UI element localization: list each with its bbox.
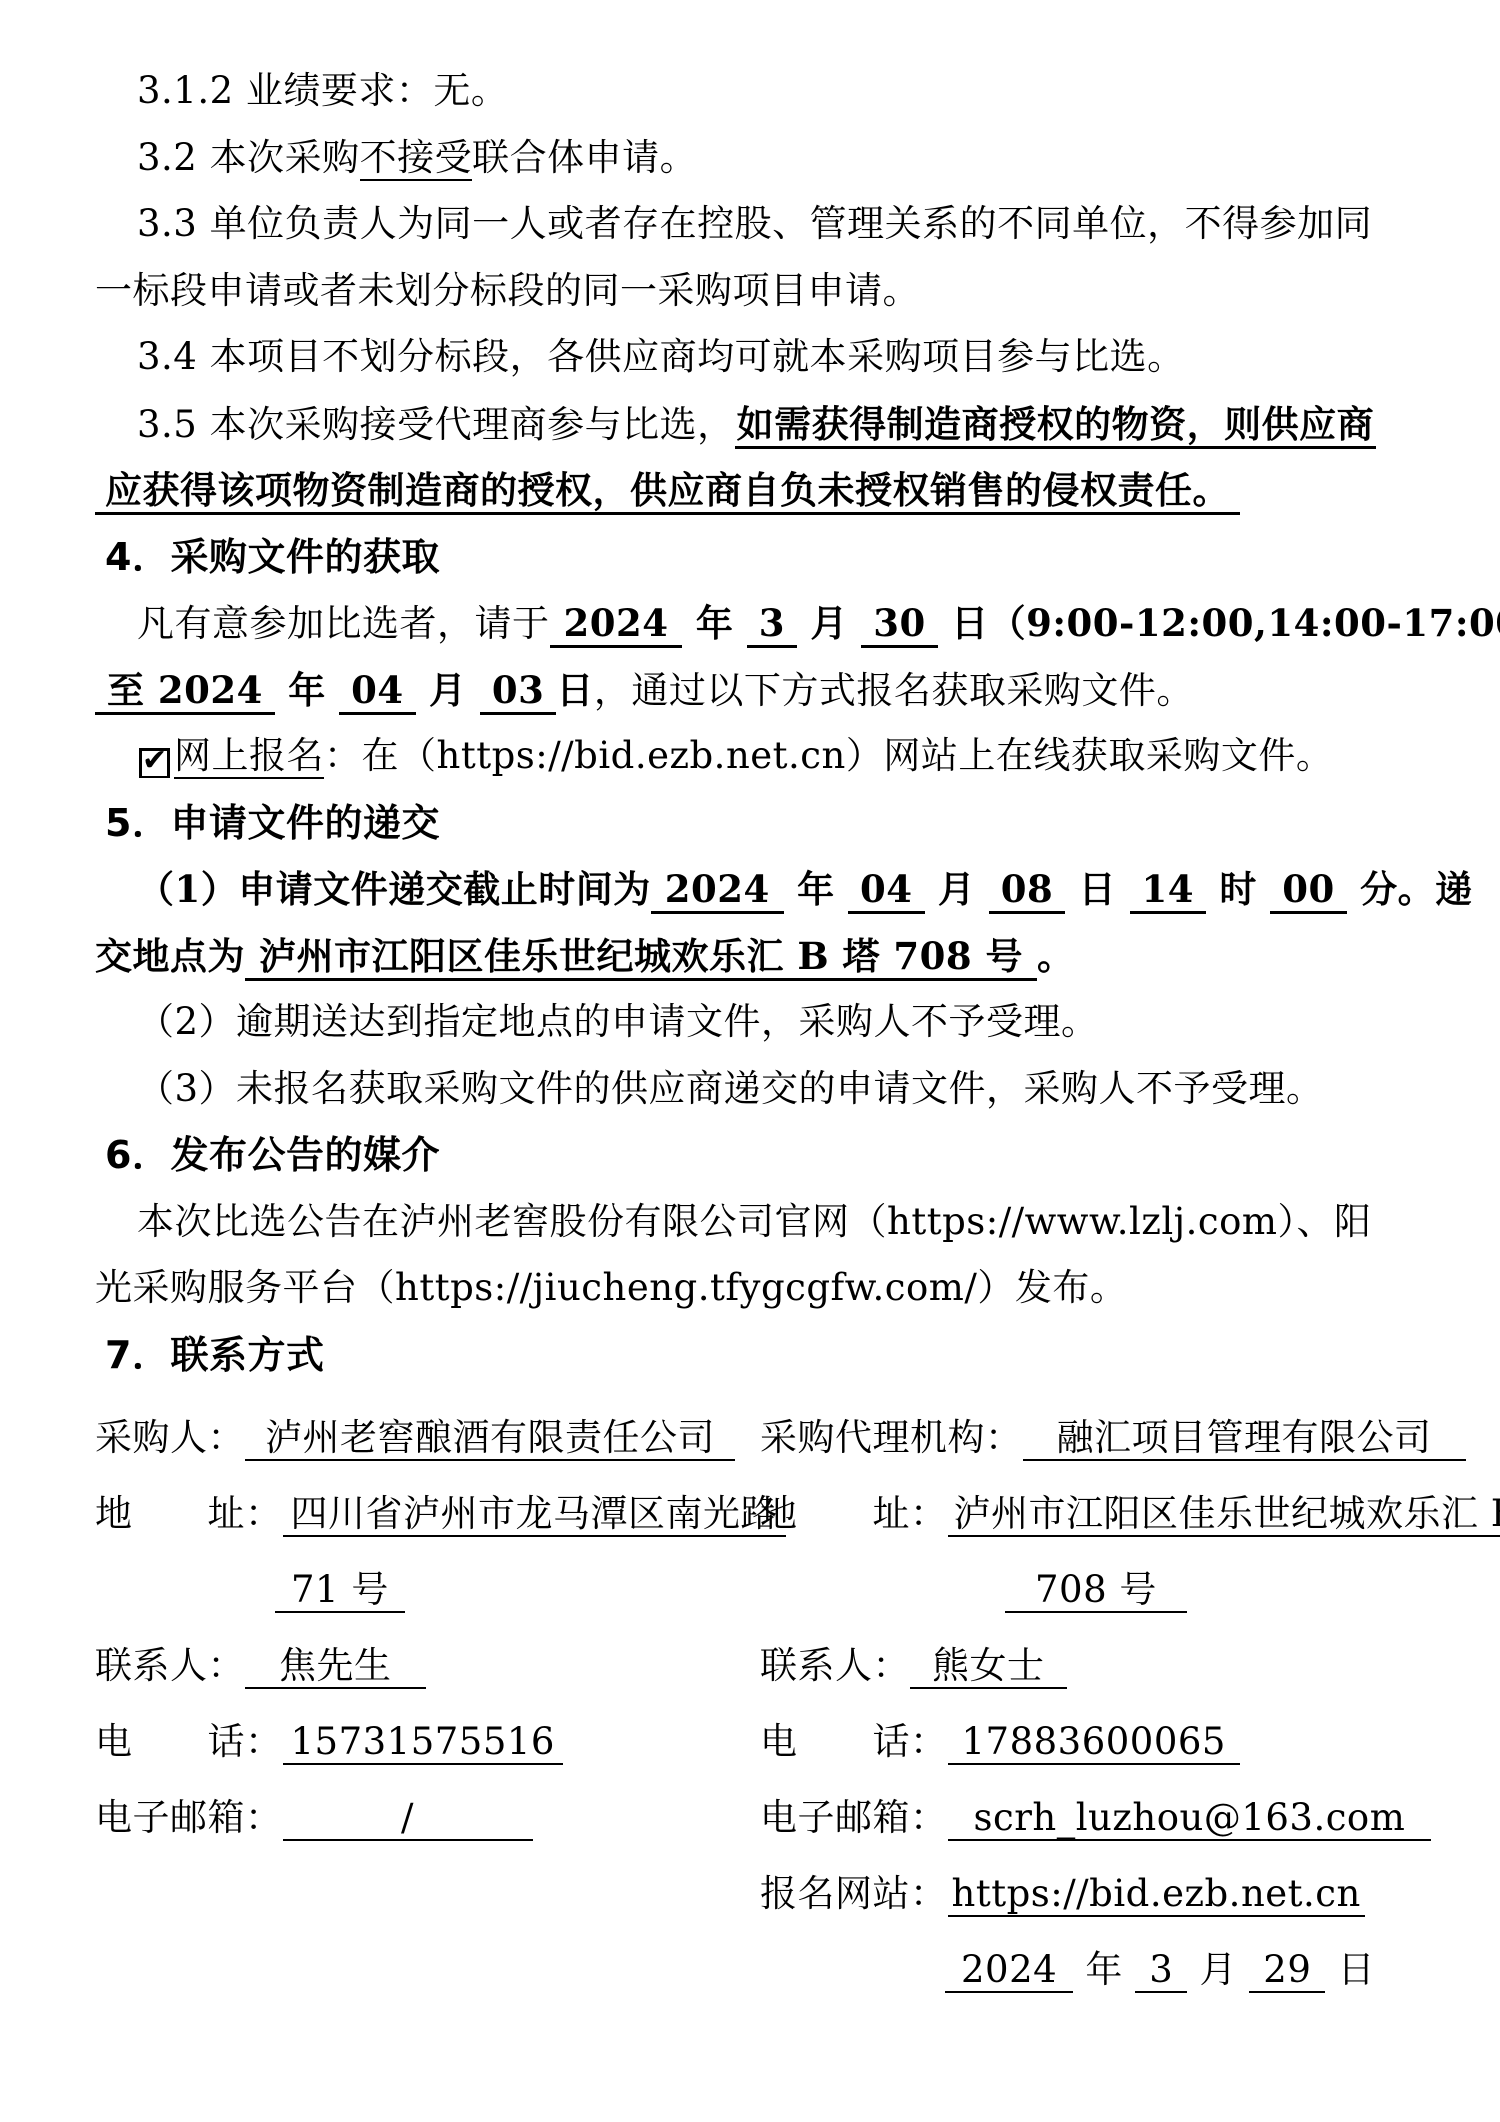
text-run: 4．采购文件的获取: [105, 535, 440, 579]
doc-line: 5．申请文件的递交: [95, 790, 1405, 857]
text-run: 联系人：: [760, 1644, 910, 1687]
text-run: 日: [1325, 1948, 1375, 1991]
contact-cell-left: 地 址：四川省泸州市龙马潭区南光路: [95, 1483, 760, 1537]
doc-line: （1）申请文件递交截止时间为2024 年 04 月 08 日 14 时 00 分…: [95, 856, 1405, 923]
doc-line: 至 2024 年 04 月 03日，通过以下方式报名获取采购文件。: [95, 657, 1405, 724]
doc-line: 3.3 单位负责人为同一人或者存在控股、管理关系的不同单位，不得参加同: [95, 191, 1405, 258]
text-run: 四川省泸州市龙马潭区南光路: [283, 1492, 787, 1537]
text-run: 月: [925, 867, 989, 911]
text-run: 不接受: [360, 136, 473, 181]
text-run: 7．联系方式: [105, 1333, 324, 1377]
text-run: 2024: [945, 1948, 1073, 1993]
doc-line: 凡有意参加比选者，请于2024 年 3 月 30 日（9:00-12:00,14…: [95, 590, 1405, 657]
text-run: 29: [1249, 1948, 1325, 1993]
contact-row: 采购人：泸州老窖酿酒有限责任公司采购代理机构：融汇项目管理有限公司: [95, 1396, 1405, 1472]
text-run: 联合体申请。: [472, 136, 697, 179]
text-run: 熊女士: [910, 1644, 1067, 1689]
text-run: 3.3 单位负责人为同一人或者存在控股、管理关系的不同单位，不得参加同: [137, 202, 1372, 245]
text-run: 月: [416, 668, 480, 712]
text-run: 708 号: [1005, 1568, 1187, 1613]
doc-line: 7．联系方式: [95, 1322, 1405, 1389]
text-run: ，通过以下方式报名获取采购文件。: [594, 669, 1194, 712]
text-run: 6．发布公告的媒介: [105, 1133, 440, 1177]
text-run: 3.2 本次采购: [137, 136, 360, 179]
text-run: 电 话：: [95, 1720, 283, 1763]
text-run: 04: [848, 867, 925, 914]
text-run: 联系人：: [95, 1644, 245, 1687]
text-run: 电子邮箱：: [760, 1796, 948, 1839]
text-run: 采购代理机构：: [760, 1416, 1023, 1459]
text-run: 泸州市江阳区佳乐世纪城欢乐汇 B 塔: [948, 1492, 1500, 1537]
contact-cell-left: 联系人：焦先生: [95, 1635, 760, 1689]
text-run: 凡有意参加比选者，请于: [137, 602, 550, 645]
doc-line: 3.2 本次采购不接受联合体申请。: [95, 125, 1405, 192]
text-run: 电 话：: [760, 1720, 948, 1763]
text-run: （2）逾期送达到指定地点的申请文件，采购人不予受理。: [137, 1000, 1099, 1043]
text-run: 14: [1130, 867, 1207, 914]
document-body: 3.1.2 业绩要求：无。3.2 本次采购不接受联合体申请。3.3 单位负责人为…: [95, 58, 1405, 1388]
contact-cell-right: 708 号: [760, 1559, 1405, 1613]
checkbox-checked-icon: ✔: [139, 748, 170, 778]
contact-cell-right: 地 址：泸州市江阳区佳乐世纪城欢乐汇 B 塔: [760, 1483, 1500, 1537]
doc-line: 交地点为泸州市江阳区佳乐世纪城欢乐汇 B 塔 708 号。: [95, 923, 1405, 990]
text-run: 网上报名: [174, 734, 324, 779]
text-run: 08: [989, 867, 1066, 914]
text-run: 融汇项目管理有限公司: [1023, 1416, 1466, 1461]
text-run: 日: [1065, 867, 1129, 911]
text-run: 日: [556, 668, 594, 712]
text-run: 3: [747, 601, 797, 648]
text-run: 电子邮箱：: [95, 1796, 283, 1839]
text-run: 地 址：: [95, 1492, 283, 1535]
contact-row: 报名网站：https://bid.ezb.net.cn: [95, 1852, 1405, 1928]
text-run: 一标段申请或者未划分标段的同一采购项目申请。: [95, 269, 920, 312]
text-run: 光采购服务平台（https://jiucheng.tfygcgfw.com/）发…: [95, 1266, 1127, 1309]
doc-line: （2）逾期送达到指定地点的申请文件，采购人不予受理。: [95, 989, 1405, 1056]
doc-line: ✔网上报名：在（https://bid.ezb.net.cn）网站上在线获取采购…: [95, 723, 1405, 790]
text-run: 月: [1187, 1948, 1249, 1991]
contact-cell-right: 采购代理机构：融汇项目管理有限公司: [760, 1407, 1466, 1461]
text-run: 焦先生: [245, 1644, 426, 1689]
text-run: 3: [1135, 1948, 1187, 1993]
text-run: 如需获得制造商授权的物资，则供应商: [735, 402, 1377, 449]
contact-row: 电 话：15731575516电 话：17883600065: [95, 1700, 1405, 1776]
doc-line: 本次比选公告在泸州老窖股份有限公司官网（https://www.lzlj.com…: [95, 1189, 1405, 1256]
text-run: 5．申请文件的递交: [105, 801, 440, 845]
contact-cell-right: 电子邮箱：scrh_luzhou@163.com: [760, 1787, 1431, 1841]
doc-line: 3.4 本项目不划分标段，各供应商均可就本采购项目参与比选。: [95, 324, 1405, 391]
text-run: 3.5 本次采购接受代理商参与比选，: [137, 403, 735, 446]
text-run: 17883600065: [948, 1720, 1240, 1765]
contact-row: 71 号708 号: [95, 1548, 1405, 1624]
text-run: 日（9:00-12:00,14:00-17:00）: [938, 601, 1500, 645]
text-run: 30: [861, 601, 938, 648]
doc-line: 3.5 本次采购接受代理商参与比选，如需获得制造商授权的物资，则供应商: [95, 391, 1405, 458]
text-run: 年: [1073, 1948, 1135, 1991]
doc-line: （3）未报名获取采购文件的供应商递交的申请文件，采购人不予受理。: [95, 1056, 1405, 1123]
contact-cell-right: 联系人：熊女士: [760, 1635, 1405, 1689]
contact-row: 电子邮箱：/电子邮箱：scrh_luzhou@163.com: [95, 1776, 1405, 1852]
text-run: 。: [1037, 934, 1075, 978]
contact-row: 2024 年 3 月 29 日: [95, 1928, 1405, 2004]
contact-cell-left: 电子邮箱：/: [95, 1787, 760, 1841]
text-run: 3.4 本项目不划分标段，各供应商均可就本采购项目参与比选。: [137, 335, 1185, 378]
text-run: （1）申请文件递交截止时间为: [137, 867, 651, 911]
text-run: scrh_luzhou@163.com: [948, 1796, 1432, 1841]
text-run: https://bid.ezb.net.cn: [948, 1872, 1365, 1917]
text-run: ：在（https://bid.ezb.net.cn）网站上在线获取采购文件。: [324, 734, 1333, 777]
contact-row: 地 址：四川省泸州市龙马潭区南光路地 址：泸州市江阳区佳乐世纪城欢乐汇 B 塔: [95, 1472, 1405, 1548]
doc-line: 一标段申请或者未划分标段的同一采购项目申请。: [95, 258, 1405, 325]
text-run: 月: [797, 601, 861, 645]
text-run: 至 2024: [95, 668, 275, 715]
contact-cell-left: 71 号: [95, 1559, 760, 1613]
text-run: 报名网站：: [760, 1872, 948, 1915]
text-run: 3.1.2 业绩要求：无。: [137, 69, 508, 112]
text-run: 泸州市江阳区佳乐世纪城欢乐汇 B 塔 708 号: [245, 934, 1037, 981]
doc-line: 6．发布公告的媒介: [95, 1122, 1405, 1189]
contact-cell-right: 电 话：17883600065: [760, 1711, 1405, 1765]
document-page: 3.1.2 业绩要求：无。3.2 本次采购不接受联合体申请。3.3 单位负责人为…: [0, 0, 1500, 2122]
text-run: （3）未报名获取采购文件的供应商递交的申请文件，采购人不予受理。: [137, 1067, 1324, 1110]
text-run: 分。递: [1347, 867, 1473, 911]
text-run: 交地点为: [95, 934, 245, 978]
contact-block: 采购人：泸州老窖酿酒有限责任公司采购代理机构：融汇项目管理有限公司地 址：四川省…: [95, 1396, 1405, 2004]
text-run: 泸州老窖酿酒有限责任公司: [245, 1416, 735, 1461]
text-run: 04: [339, 668, 416, 715]
contact-cell-right: 报名网站：https://bid.ezb.net.cn: [760, 1863, 1405, 1917]
text-run: 15731575516: [283, 1720, 563, 1765]
text-run: 应获得该项物资制造商的授权，供应商自负未授权销售的侵权责任。: [95, 468, 1240, 515]
contact-row: 联系人：焦先生联系人：熊女士: [95, 1624, 1405, 1700]
text-run: 地 址：: [760, 1492, 948, 1535]
text-run: 时: [1206, 867, 1270, 911]
contact-cell-right: 2024 年 3 月 29 日: [760, 1939, 1405, 1993]
contact-cell-left: 电 话：15731575516: [95, 1711, 760, 1765]
text-run: 71 号: [275, 1568, 405, 1613]
text-run: 采购人：: [95, 1416, 245, 1459]
doc-line: 光采购服务平台（https://jiucheng.tfygcgfw.com/）发…: [95, 1255, 1405, 1322]
doc-line: 4．采购文件的获取: [95, 524, 1405, 591]
contact-cell-left: 采购人：泸州老窖酿酒有限责任公司: [95, 1407, 760, 1461]
text-run: 年: [682, 601, 746, 645]
text-run: 年: [784, 867, 848, 911]
text-run: 本次比选公告在泸州老窖股份有限公司官网（https://www.lzlj.com…: [137, 1200, 1372, 1243]
text-run: 年: [275, 668, 339, 712]
text-run: 03: [480, 668, 557, 715]
doc-line: 应获得该项物资制造商的授权，供应商自负未授权销售的侵权责任。: [95, 457, 1405, 524]
text-run: /: [283, 1796, 533, 1841]
text-run: 2024: [550, 601, 683, 648]
doc-line: 3.1.2 业绩要求：无。: [95, 58, 1405, 125]
text-run: 2024: [651, 867, 784, 914]
text-run: 00: [1270, 867, 1347, 914]
